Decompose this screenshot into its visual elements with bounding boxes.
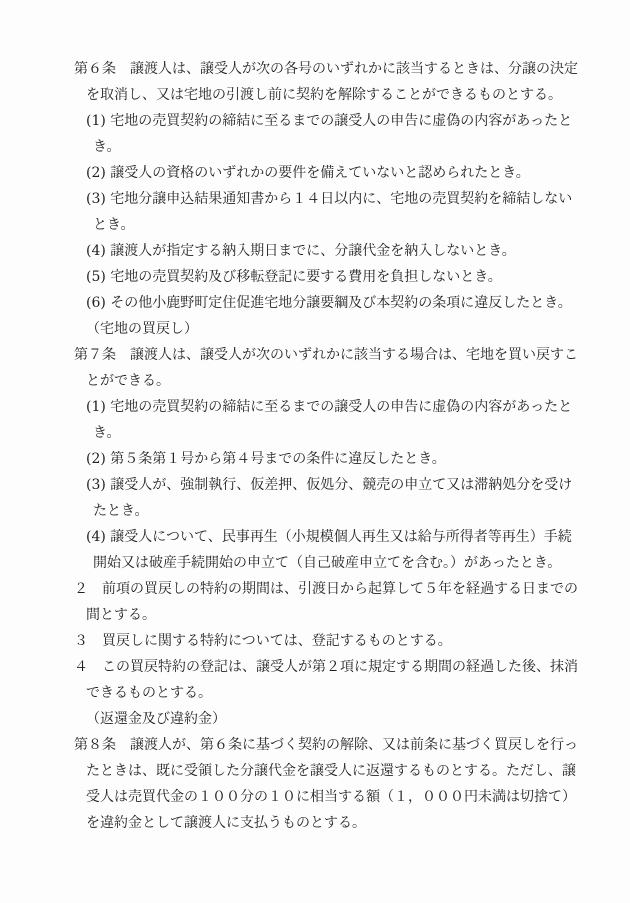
list-item-line: (4) 譲受人について、民事再生（小規模個人再生又は給与所得者等再生）手続	[86, 524, 630, 550]
text-line: とき。	[93, 212, 630, 238]
paragraph-2-line: ２ 前項の買戻しの特約の期間は、引渡日から起算して５年を経過する日までの	[74, 576, 630, 602]
text-line: たとき。	[93, 498, 630, 524]
list-item-line: (3) 譲受人が、強制執行、仮差押、仮処分、競売の申立て又は滞納処分を受け	[86, 472, 630, 498]
article-6-line: 第６条 譲渡人は、譲受人が次の各号のいずれかに該当するときは、分譲の決定	[74, 56, 630, 82]
list-item-line: (1) 宅地の売買契約の締結に至るまでの譲受人の申告に虚偽の内容があったと	[86, 108, 630, 134]
text-line: を違約金として譲渡人に支払うものとする。	[86, 810, 630, 836]
list-item-line: (3) 宅地分譲申込結果通知書から１４日以内に、宅地の売買契約を締結しない	[86, 186, 630, 212]
text-line: たときは、既に受領した分譲代金を譲受人に返還するものとする。ただし、譲	[86, 758, 630, 784]
list-item-line: (2) 譲受人の資格のいずれかの要件を備えていないと認められたとき。	[86, 160, 630, 186]
list-item-line: (6) その他小鹿野町定住促進宅地分譲要綱及び本契約の条項に違反したとき。	[86, 290, 630, 316]
list-item-line: (5) 宅地の売買契約及び移転登記に要する費用を負担しないとき。	[86, 264, 630, 290]
text-line: 受人は売買代金の１００分の１０に相当する額（１，０００円未満は切捨て）	[86, 784, 630, 810]
document-body: 第６条 譲渡人は、譲受人が次の各号のいずれかに該当するときは、分譲の決定 を取消…	[0, 0, 630, 836]
article-8-line: 第８条 譲渡人が、第６条に基づく契約の解除、又は前条に基づく買戻しを行っ	[74, 732, 630, 758]
paragraph-4-line: ４ この買戻特約の登記は、譲受人が第２項に規定する期間の経過した後、抹消	[74, 654, 630, 680]
text-line: き。	[93, 134, 630, 160]
list-item-line: (4) 譲渡人が指定する納入期日までに、分譲代金を納入しないとき。	[86, 238, 630, 264]
section-caption: （返還金及び違約金）	[86, 706, 630, 732]
text-line: できるものとする。	[86, 680, 630, 706]
list-item-line: (2) 第５条第１号から第４号までの条件に違反したとき。	[86, 446, 630, 472]
paragraph-3-line: ３ 買戻しに関する特約については、登記するものとする。	[74, 628, 630, 654]
section-caption: （宅地の買戻し）	[86, 316, 630, 342]
list-item-line: (1) 宅地の売買契約の締結に至るまでの譲受人の申告に虚偽の内容があったと	[86, 394, 630, 420]
text-line: 開始又は破産手続開始の申立て（自己破産申立てを含む。）があったとき。	[93, 550, 630, 576]
text-line: 間とする。	[86, 602, 630, 628]
text-line: とができる。	[86, 368, 630, 394]
text-line: を取消し、又は宅地の引渡し前に契約を解除することができるものとする。	[86, 82, 630, 108]
text-line: き。	[93, 420, 630, 446]
article-7-line: 第７条 譲渡人は、譲受人が次のいずれかに該当する場合は、宅地を買い戻すこ	[74, 342, 630, 368]
document-page: 第６条 譲渡人は、譲受人が次の各号のいずれかに該当するときは、分譲の決定 を取消…	[0, 0, 630, 903]
